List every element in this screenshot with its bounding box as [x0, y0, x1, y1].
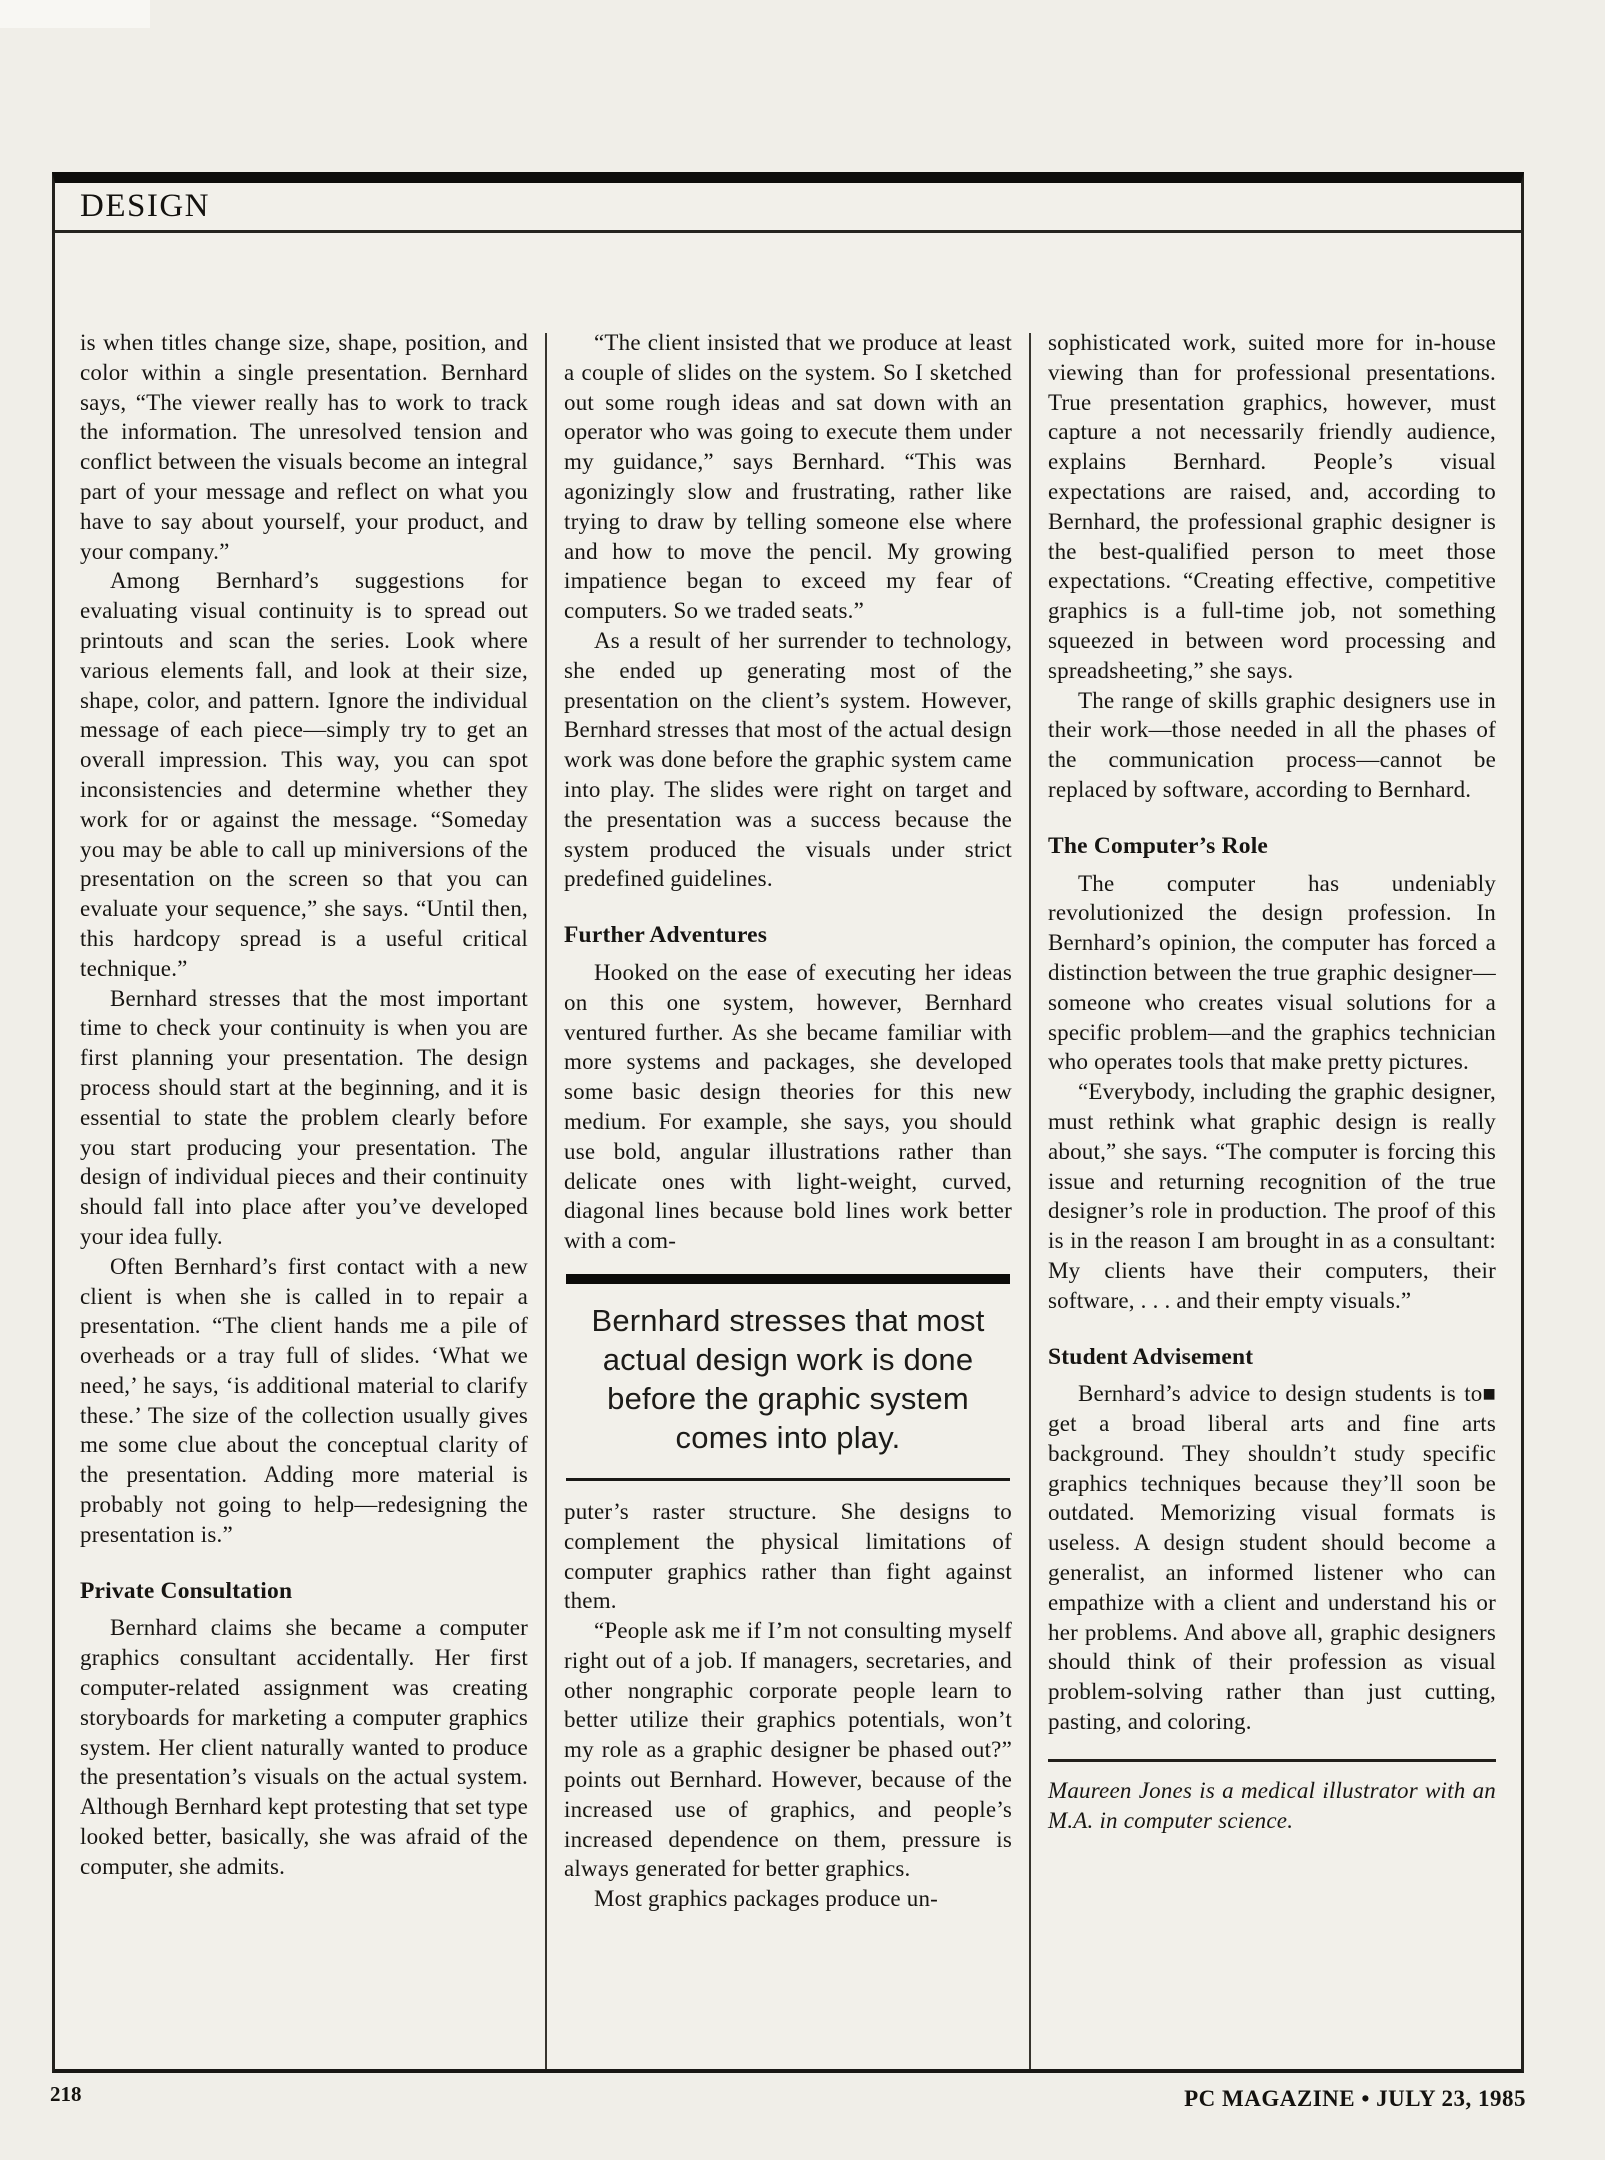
end-of-article-mark: ■ — [1483, 1379, 1497, 1409]
article-body: is when titles change size, shape, posit… — [55, 233, 1521, 2069]
column-1: is when titles change size, shape, posit… — [80, 233, 528, 2069]
pull-quote: Bernhard stresses that most actual desig… — [566, 1274, 1010, 1481]
paragraph: sophisticated work, suited more for in-h… — [1048, 328, 1496, 686]
subhead-further-adventures: Further Adventures — [564, 921, 1012, 951]
paragraph: “Everybody, including the graphic design… — [1048, 1077, 1496, 1315]
paragraph: The range of skills graphic designers us… — [1048, 686, 1496, 805]
author-bio: Maureen Jones is a medical illustrator w… — [1048, 1776, 1496, 1836]
paragraph: Often Bernhard’s first contact with a ne… — [80, 1252, 528, 1550]
paragraph: Hooked on the ease of executing her idea… — [564, 958, 1012, 1256]
subhead-private-consultation: Private Consultation — [80, 1577, 528, 1607]
section-label: DESIGN — [80, 188, 210, 225]
column-2: “The client insisted that we produce at … — [564, 233, 1012, 2069]
paragraph: “The client insisted that we produce at … — [564, 328, 1012, 626]
scan-artifact — [0, 0, 150, 28]
paragraph: Among Bernhard’s suggestions for evaluat… — [80, 566, 528, 983]
column-divider — [528, 233, 564, 2069]
paragraph: Bernhard stresses that the most importan… — [80, 984, 528, 1252]
paragraph: As a result of her surrender to technolo… — [564, 626, 1012, 894]
paragraph: The computer has undeniably revolutioniz… — [1048, 869, 1496, 1078]
section-masthead: DESIGN — [55, 183, 1521, 233]
paragraph: is when titles change size, shape, posit… — [80, 328, 528, 566]
paragraph: ■Bernhard’s advice to design students is… — [1048, 1379, 1496, 1737]
magazine-footer: PC MAGAZINE • JULY 23, 1985 — [1184, 2086, 1526, 2112]
page-number: 218 — [50, 2082, 82, 2107]
paragraph: “People ask me if I’m not consulting mys… — [564, 1616, 1012, 1884]
paragraph: puter’s raster structure. She designs to… — [564, 1497, 1012, 1616]
paragraph: Bernhard claims she became a computer gr… — [80, 1613, 528, 1881]
column-divider — [1012, 233, 1048, 2069]
subhead-computers-role: The Computer’s Role — [1048, 832, 1496, 862]
subhead-student-advisement: Student Advisement — [1048, 1343, 1496, 1373]
pull-quote-text: Bernhard stresses that most actual desig… — [591, 1303, 984, 1455]
scanned-magazine-page: { "header": { "section": "DESIGN" }, "co… — [0, 0, 1605, 2160]
paragraph: Most graphics packages produce un- — [564, 1884, 1012, 1914]
bio-divider-rule — [1048, 1759, 1496, 1762]
column-3: sophisticated work, suited more for in-h… — [1048, 233, 1496, 2069]
article-frame: DESIGN is when titles change size, shape… — [52, 172, 1524, 2073]
